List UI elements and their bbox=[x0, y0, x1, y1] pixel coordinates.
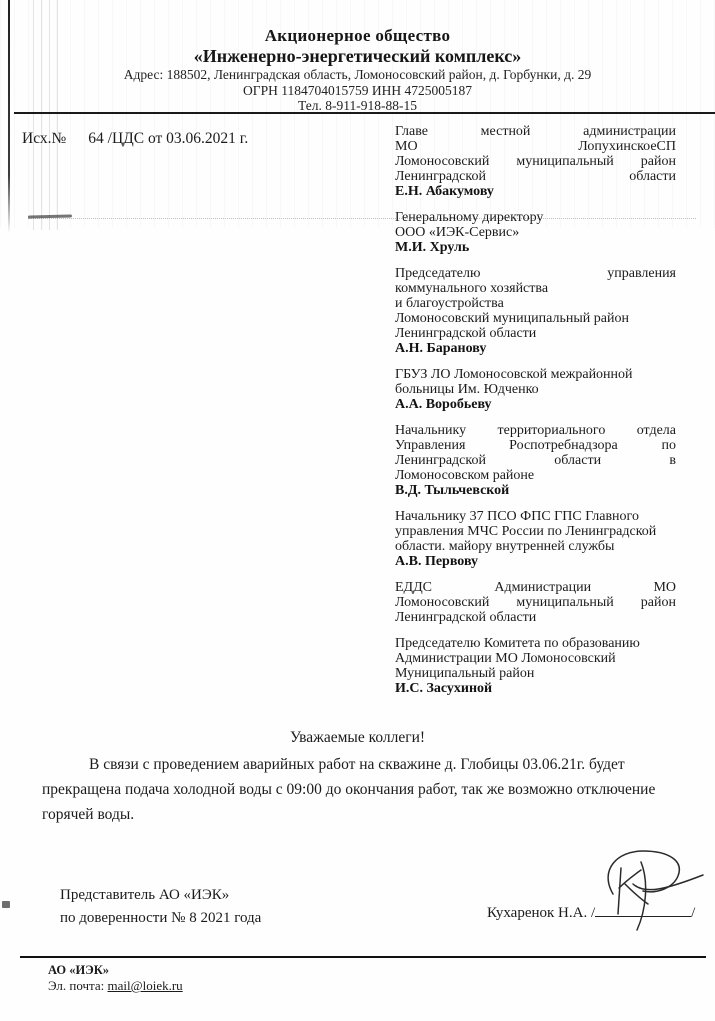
recipient-line: Ленинградской области в bbox=[395, 453, 676, 468]
signature-right-block: Кухаренок Н.А. / / bbox=[487, 901, 695, 922]
recipient-line: ООО «ИЭК-Сервис» bbox=[395, 225, 676, 240]
recipient-line: ГБУЗ ЛО Ломоносовской межрайонной bbox=[395, 367, 676, 382]
footer-org: АО «ИЭК» bbox=[48, 962, 183, 978]
recipient-line: области. майору внутренней службы bbox=[395, 539, 676, 554]
recipient-line: Ломоносовском районе bbox=[395, 468, 676, 483]
recipients-column: Главе местной администрацииМО Лопухинско… bbox=[395, 124, 676, 707]
recipient-name: А.Н. Баранову bbox=[395, 341, 676, 356]
recipient-line: Ломоносовский муниципальный район bbox=[395, 311, 676, 326]
email-link: mail@loiek.ru bbox=[108, 978, 183, 993]
recipient-block: Главе местной администрацииМО Лопухинско… bbox=[395, 124, 676, 199]
footer-divider bbox=[20, 956, 706, 958]
recipient-line: Начальнику территориального отдела bbox=[395, 423, 676, 438]
recipient-line: больницы Им. Юдченко bbox=[395, 382, 676, 397]
recipient-block: Начальнику 37 ПСО ФПС ГПС Главногоуправл… bbox=[395, 509, 676, 569]
recipient-name: А.А. Воробьеву bbox=[395, 397, 676, 412]
org-ogrn-inn: ОГРН 1184704015759 ИНН 4725005187 bbox=[0, 84, 715, 99]
recipient-line: Главе местной администрации bbox=[395, 124, 676, 139]
recipient-line: Ломоносовский муниципальный район bbox=[395, 154, 676, 169]
recipient-line: Ленинградской области bbox=[395, 169, 676, 184]
recipient-block: ЕДДС Администрации МОЛомоносовский муниц… bbox=[395, 580, 676, 625]
recipient-line: управления МЧС России по Ленинградской bbox=[395, 524, 676, 539]
signatory-name: Кухаренок Н.А. bbox=[487, 905, 587, 921]
recipient-name: М.И. Хруль bbox=[395, 240, 676, 255]
recipient-line: ЕДДС Администрации МО bbox=[395, 580, 676, 595]
body-paragraph: В связи с проведением аварийных работ на… bbox=[42, 752, 678, 827]
email-label: Эл. почта: bbox=[48, 978, 104, 993]
signatory-role: Представитель АО «ИЭК» bbox=[60, 884, 261, 907]
recipient-line: Председателю Комитета по образованию bbox=[395, 636, 676, 651]
header-divider bbox=[14, 112, 715, 114]
org-type: Акционерное общество bbox=[0, 26, 715, 46]
footer-email-line: Эл. почта: mail@loiek.ru bbox=[48, 978, 183, 994]
recipient-line: МО ЛопухинскоеСП bbox=[395, 139, 676, 154]
recipient-line: коммунального хозяйства bbox=[395, 281, 676, 296]
recipient-line: Муниципальный район bbox=[395, 666, 676, 681]
recipient-line: и благоустройства bbox=[395, 296, 676, 311]
org-name: «Инженерно-энергетический комплекс» bbox=[0, 46, 715, 67]
footer: АО «ИЭК» Эл. почта: mail@loiek.ru bbox=[48, 962, 183, 994]
letterhead: Акционерное общество «Инженерно-энергети… bbox=[0, 26, 715, 114]
signatory-authority: по доверенности № 8 2021 года bbox=[60, 907, 261, 930]
scanned-letter-page: Акционерное общество «Инженерно-энергети… bbox=[0, 0, 715, 1021]
signature-line bbox=[595, 901, 691, 917]
handwritten-signature-icon bbox=[583, 848, 711, 936]
recipient-name: Е.Н. Абакумову bbox=[395, 184, 676, 199]
recipient-block: Председателю управлениякоммунального хоз… bbox=[395, 266, 676, 356]
recipient-name: А.В. Первову bbox=[395, 554, 676, 569]
recipient-line: Председателю управления bbox=[395, 266, 676, 281]
salutation: Уважаемые коллеги! bbox=[0, 729, 715, 747]
recipient-line: Ломоносовский муниципальный район bbox=[395, 595, 676, 610]
signature-left-block: Представитель АО «ИЭК» по доверенности №… bbox=[60, 884, 261, 930]
recipient-block: Начальнику территориального отделаУправл… bbox=[395, 423, 676, 498]
recipient-line: Начальнику 37 ПСО ФПС ГПС Главного bbox=[395, 509, 676, 524]
recipient-line: Ленинградской области bbox=[395, 326, 676, 341]
scan-mark-artifact bbox=[2, 901, 10, 908]
recipient-line: Ленинградской области bbox=[395, 610, 676, 625]
outgoing-label: Исх.№ bbox=[22, 130, 66, 147]
signature-slash-close: / bbox=[691, 905, 695, 921]
recipient-block: Генеральному директоруООО «ИЭК-Сервис»М.… bbox=[395, 210, 676, 255]
recipient-name: В.Д. Тыльчевской bbox=[395, 483, 676, 498]
outgoing-number: Исх.№64 /ЦДС от 03.06.2021 г. bbox=[22, 130, 248, 148]
outgoing-value: 64 /ЦДС от 03.06.2021 г. bbox=[88, 130, 248, 147]
recipient-name: И.С. Засухиной bbox=[395, 681, 676, 696]
org-address: Адрес: 188502, Ленинградская область, Ло… bbox=[0, 68, 715, 83]
recipient-line: Управления Роспотребнадзора по bbox=[395, 438, 676, 453]
recipient-block: Председателю Комитета по образованиюАдми… bbox=[395, 636, 676, 696]
recipient-line: Администрации МО Ломоносовский bbox=[395, 651, 676, 666]
recipient-block: ГБУЗ ЛО Ломоносовской межрайоннойбольниц… bbox=[395, 367, 676, 412]
recipient-line: Генеральному директору bbox=[395, 210, 676, 225]
